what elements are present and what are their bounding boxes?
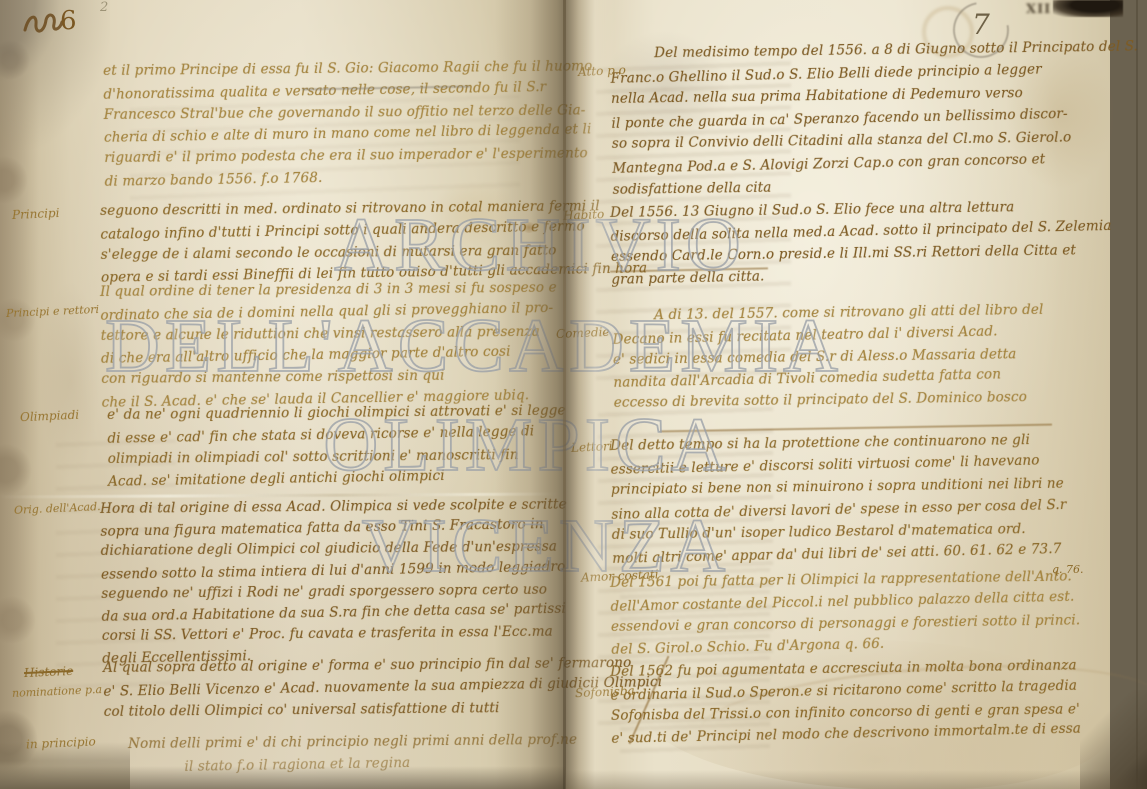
right-paragraph-1: Del medisimo tempo del 1556. a 8 di Giug… [610, 35, 1108, 202]
margin-note-struck: Historie [24, 664, 74, 680]
right-paragraph-2: Del 1556. 13 Giugno il Sud.o S. Elio fec… [610, 195, 1107, 291]
right-paragraph-6: Del 1562 fu poi agumentata e accresciuta… [610, 654, 1107, 750]
bottom-page-shadow [565, 770, 1147, 789]
margin-note-principi: Principi [12, 206, 60, 222]
gutter-crease [563, 0, 566, 789]
margin-note-olimpiadi: Olimpiadi [20, 408, 80, 425]
folio-number-left: 6 [60, 6, 77, 36]
manuscript-scan: et il primo Principe di essa fu il S. Gi… [0, 0, 1147, 789]
book-gutter-shadow [495, 0, 615, 789]
fore-edge-pages [1095, 0, 1147, 789]
corner-mark: 2 [100, 0, 108, 15]
right-paragraph-4: Del detto tempo si ha la protettione che… [610, 427, 1107, 569]
right-paragraph-3: A di 13. del 1557. come si ritrovano gli… [612, 298, 1109, 416]
right-paragraph-5: Del 1561 poi fu fatta per li Olimpici la… [610, 565, 1107, 661]
bottom-page-shadow [0, 766, 565, 789]
folio-number-right: 7 [972, 8, 990, 41]
marginal-number-fragment: q. 76. [1052, 563, 1084, 576]
fore-edge-line [1136, 0, 1138, 789]
ink-blot [1053, 0, 1123, 17]
ink-scribble [22, 8, 64, 42]
